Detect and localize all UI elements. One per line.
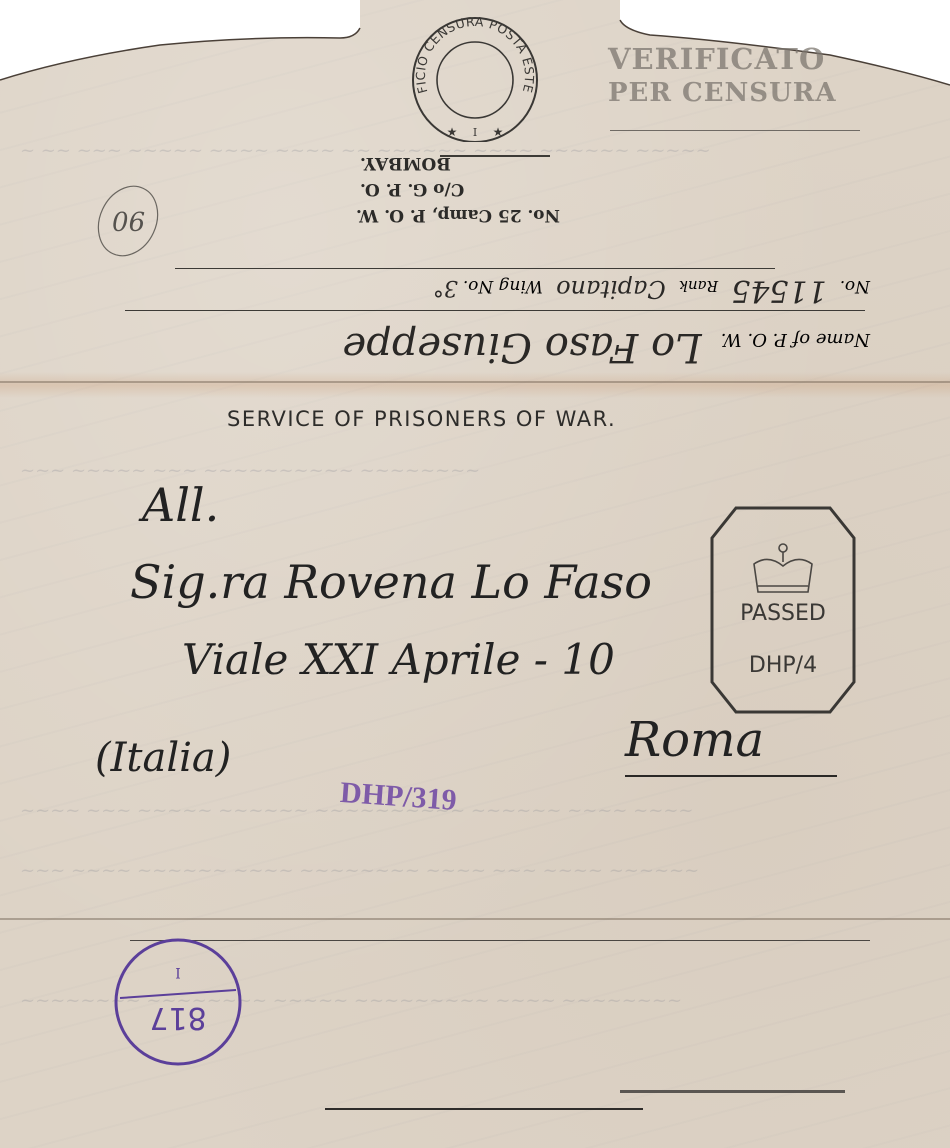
svg-text:★: ★ [447, 125, 458, 139]
pow-number-row: No. 11545 Rank Capitano Wing No. 3° [270, 268, 870, 308]
per-censura-line: PER CENSURA [608, 76, 837, 110]
wing-value: 3° [433, 275, 458, 300]
recipient-city: Roma [625, 712, 764, 768]
camp-address-block: No. 25 Camp, P. O. W. C/o G. P. O. BOMBA… [360, 150, 560, 228]
city-underline [625, 775, 837, 777]
svg-text:DHP/4: DHP/4 [749, 653, 817, 678]
pow-name-value: Lo Faso Giuseppe [342, 324, 701, 370]
passed-censor-stamp: PASSED DHP/4 [708, 502, 858, 716]
verificato-per-censura-stamp: VERIFICATO PER CENSURA [608, 42, 837, 110]
svg-text:817: 817 [149, 1000, 206, 1035]
svg-text:UFFICIO CENSURA POSTA ESTERA: UFFICIO CENSURA POSTA ESTERA [405, 12, 537, 95]
recipient-country: (Italia) [95, 735, 231, 781]
city-line: BOMBAY. [360, 150, 560, 176]
address-line [620, 1090, 845, 1093]
pow-name-row: Name of P. O. W. Lo Faso Giuseppe [300, 310, 870, 370]
address-line [325, 1108, 643, 1110]
svg-text:I: I [473, 126, 477, 139]
wing-label: Wing No. [463, 276, 543, 296]
svg-text:I: I [175, 964, 181, 980]
verificato-underline [610, 130, 860, 131]
rank-label: Rank [679, 277, 718, 295]
name-label: Name of P. O. W. [721, 329, 870, 350]
bleed-through-text: ~~~ ~~~~~ ~~~ ~~~~~~~~~~ ~~~~~~~~ [20, 460, 480, 481]
rank-value: Capitano [556, 275, 666, 303]
crown-icon [754, 544, 812, 592]
fold-line [0, 918, 950, 920]
fold-line [0, 381, 950, 383]
no-label: No. [840, 276, 870, 296]
recipient-name: Sig.ra Rovena Lo Faso [130, 555, 652, 609]
service-title: SERVICE OF PRISONERS OF WAR. [227, 407, 616, 431]
salutation: All. [142, 478, 219, 532]
bleed-through-text: ~~~ ~~~~ ~~~~~~ ~~~~ ~~~~~~~~ ~~~~ ~~~ ~… [20, 860, 699, 881]
gpo-line: C/o G. P. O. [360, 176, 560, 202]
violet-circle-stamp: 817 I [112, 936, 244, 1068]
margin-mark-text: 90 [112, 205, 145, 235]
verificato-line: VERIFICATO [608, 42, 837, 76]
svg-text:★: ★ [493, 125, 504, 139]
recipient-street: Viale XXI Aprile - 10 [182, 635, 615, 684]
svg-text:PASSED: PASSED [740, 601, 826, 626]
censor-circle-stamp: UFFICIO CENSURA POSTA ESTERA ★ ★ I [405, 12, 545, 142]
pow-number-value: 11545 [731, 273, 826, 308]
fold-stain [0, 372, 950, 398]
camp-line: No. 25 Camp, P. O. W. [360, 202, 560, 228]
